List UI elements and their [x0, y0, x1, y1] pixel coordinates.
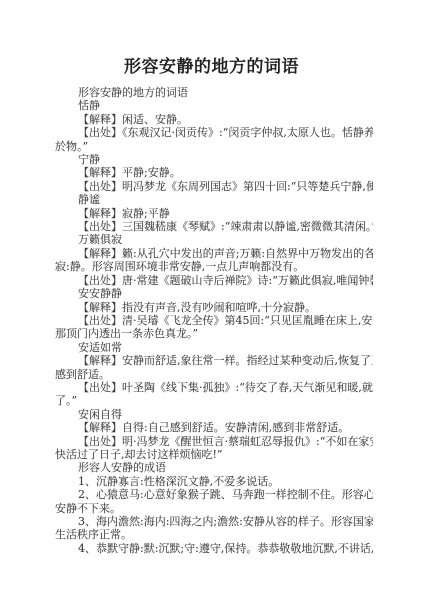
document-title: 形容安静的地方的词语 [0, 0, 423, 78]
text-line: 【出处】三国魏嵇康《琴赋》:“竦肃肃以静谧,密微微其清闲。” [55, 220, 373, 233]
text-line: 【解释】安静而舒适,象往常一样。指经过某种变动后,恢复了正常,使人 [55, 354, 373, 367]
text-line: 感到舒适。 [55, 368, 373, 381]
text-line: 那顶门内透出一条赤色真龙。” [55, 327, 373, 340]
text-line: 1、沉静寡言:性格深沉文静,不爱多说话。 [55, 475, 373, 488]
text-line: 安适如常 [55, 341, 373, 354]
text-line: 【出处】唐·常建《题破山寺后禅院》诗:“万籁此俱寂,唯闻钟磬音。” [55, 274, 373, 287]
text-line: 宁静 [55, 153, 373, 166]
document-page: 形容安静的地方的词语 形容安静的地方的词语恬静【解释】闲适、安静。【出处】《东观… [0, 0, 423, 600]
text-line: 了。” [55, 394, 373, 407]
text-line: 安安静静 [55, 287, 373, 300]
text-line: 安静不下来。 [55, 502, 373, 515]
text-line: 万籁俱寂 [55, 233, 373, 246]
text-line: 【解释】平静;安静。 [55, 166, 373, 179]
text-line: 生活秩序正常。 [55, 528, 373, 541]
text-line: 安闲自得 [55, 408, 373, 421]
text-line: 【解释】自得:自己感到舒适。安静清闲,感到非常舒适。 [55, 421, 373, 434]
text-line: 【出处】叶圣陶《线下集·孤独》:“待交了春,天气渐见和暖,就安适如常 [55, 381, 373, 394]
text-line: 寂:静。形容周围环境非常安静,一点儿声响都没有。 [55, 260, 373, 273]
text-line: 静谧 [55, 193, 373, 206]
text-line: 【出处】《东观汉记·闵贡传》:“闵贡字仲叔,太原人也。恬静养神,弗役 [55, 126, 373, 139]
text-line: 【出处】清·吴璿《飞龙全传》第45回:“只见匡胤睡在床上,安安静静, [55, 314, 373, 327]
text-line: 恬静 [55, 99, 373, 112]
text-line: 【出处】明冯梦龙《东周列国志》第四十回:“只等楚兵宁静,便照里输纳。” [55, 180, 373, 193]
text-line: 4、恭默守静:默:沉默;守:遵守,保持。恭恭敬敬地沉默,不讲话,保 [55, 542, 373, 555]
text-line: 3、海内澹然:海内:四海之内;澹然:安静从容的样子。形容国家安定, [55, 515, 373, 528]
text-line: 於物。” [55, 140, 373, 153]
text-line: 快活过了日子,却去讨这样烦恼吃!” [55, 448, 373, 461]
text-line: 【解释】指没有声音,没有吵闹和喧哗,十分寂静。 [55, 301, 373, 314]
document-body: 形容安静的地方的词语恬静【解释】闲适、安静。【出处】《东观汉记·闵贡传》:“闵贡… [55, 86, 373, 555]
text-line: 【出处】明·冯梦龙《醒世恒言·蔡瑞虹忍辱报仇》:“不如在家安闲自在, [55, 435, 373, 448]
text-line: 形容安静的地方的词语 [55, 86, 373, 99]
text-line: 2、心猿意马:心意好象猴子跳、马奔跑一样控制不住。形容心里东想西想, [55, 488, 373, 501]
text-line: 【解释】闲适、安静。 [55, 113, 373, 126]
text-line: 【解释】寂静;平静 [55, 207, 373, 220]
text-line: 形容人安静的成语 [55, 461, 373, 474]
text-line: 【解释】籁:从孔穴中发出的声音;万籁:自然界中万物发出的各种声响; [55, 247, 373, 260]
